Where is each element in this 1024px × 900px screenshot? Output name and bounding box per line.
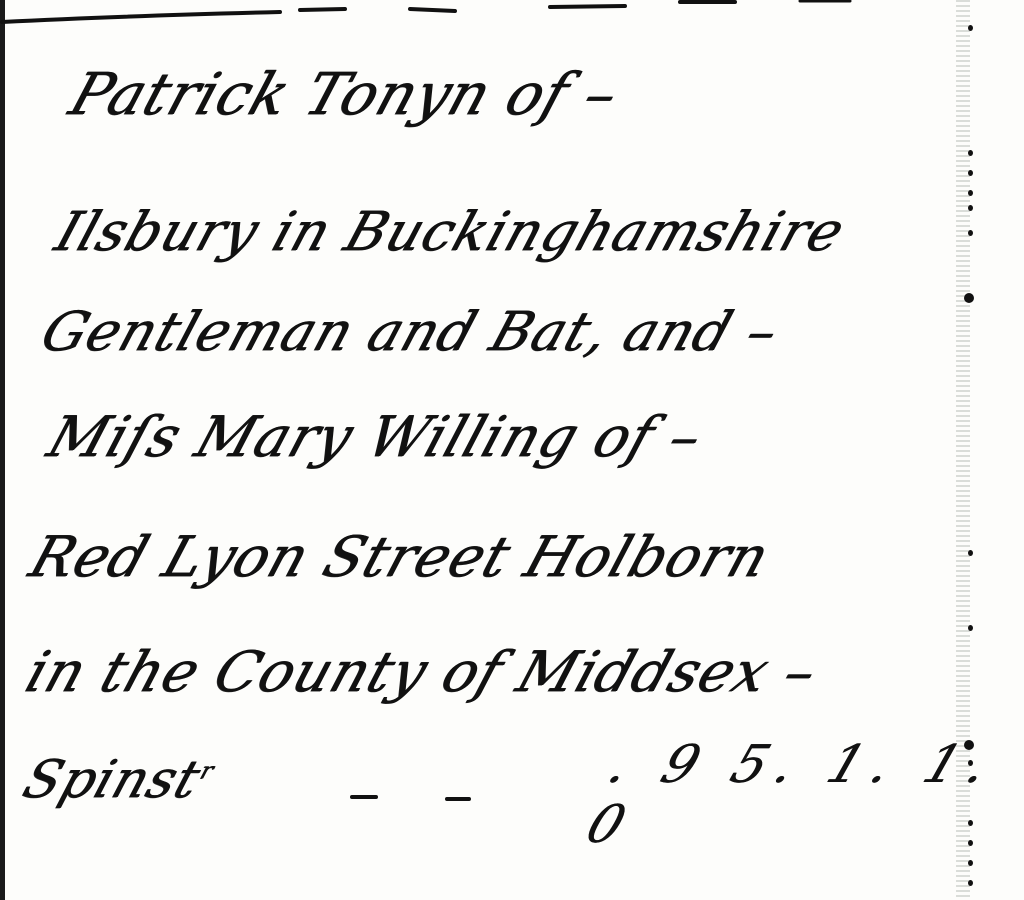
scan-left-border	[0, 0, 5, 900]
binding-mark	[968, 25, 973, 31]
binding-mark	[968, 190, 973, 196]
binding-mark	[968, 230, 973, 236]
handwritten-line-4: Miſs Mary Willing of –	[40, 405, 711, 470]
reference-number: . 9 5. 1. 1. 0	[578, 735, 1024, 855]
filler-dash	[350, 795, 378, 799]
binding-mark	[968, 880, 973, 886]
handwritten-line-1: Patrick Tonyn of –	[62, 60, 628, 128]
handwritten-line-7: Spinstr	[16, 750, 220, 810]
handwritten-line-3: Gentleman and Bat, and –	[34, 300, 787, 363]
binding-mark	[968, 625, 973, 631]
binding-mark	[968, 170, 973, 176]
handwritten-line-2: Ilsbury in Buckinghamshire	[48, 200, 853, 263]
binding-mark	[968, 150, 973, 156]
binding-mark	[968, 550, 973, 556]
binding-mark	[968, 205, 973, 211]
handwritten-line-6: in the County of Middsex –	[18, 640, 825, 705]
binding-mark	[964, 293, 974, 303]
top-ruled-line	[0, 0, 1024, 30]
scanned-document-page: Patrick Tonyn of – Ilsbury in Buckingham…	[0, 0, 1024, 900]
handwritten-line-5: Red Lyon Street Holborn	[22, 525, 778, 590]
binding-mark	[968, 860, 973, 866]
line-7-word: Spinst	[16, 750, 208, 810]
filler-dash	[445, 797, 471, 801]
